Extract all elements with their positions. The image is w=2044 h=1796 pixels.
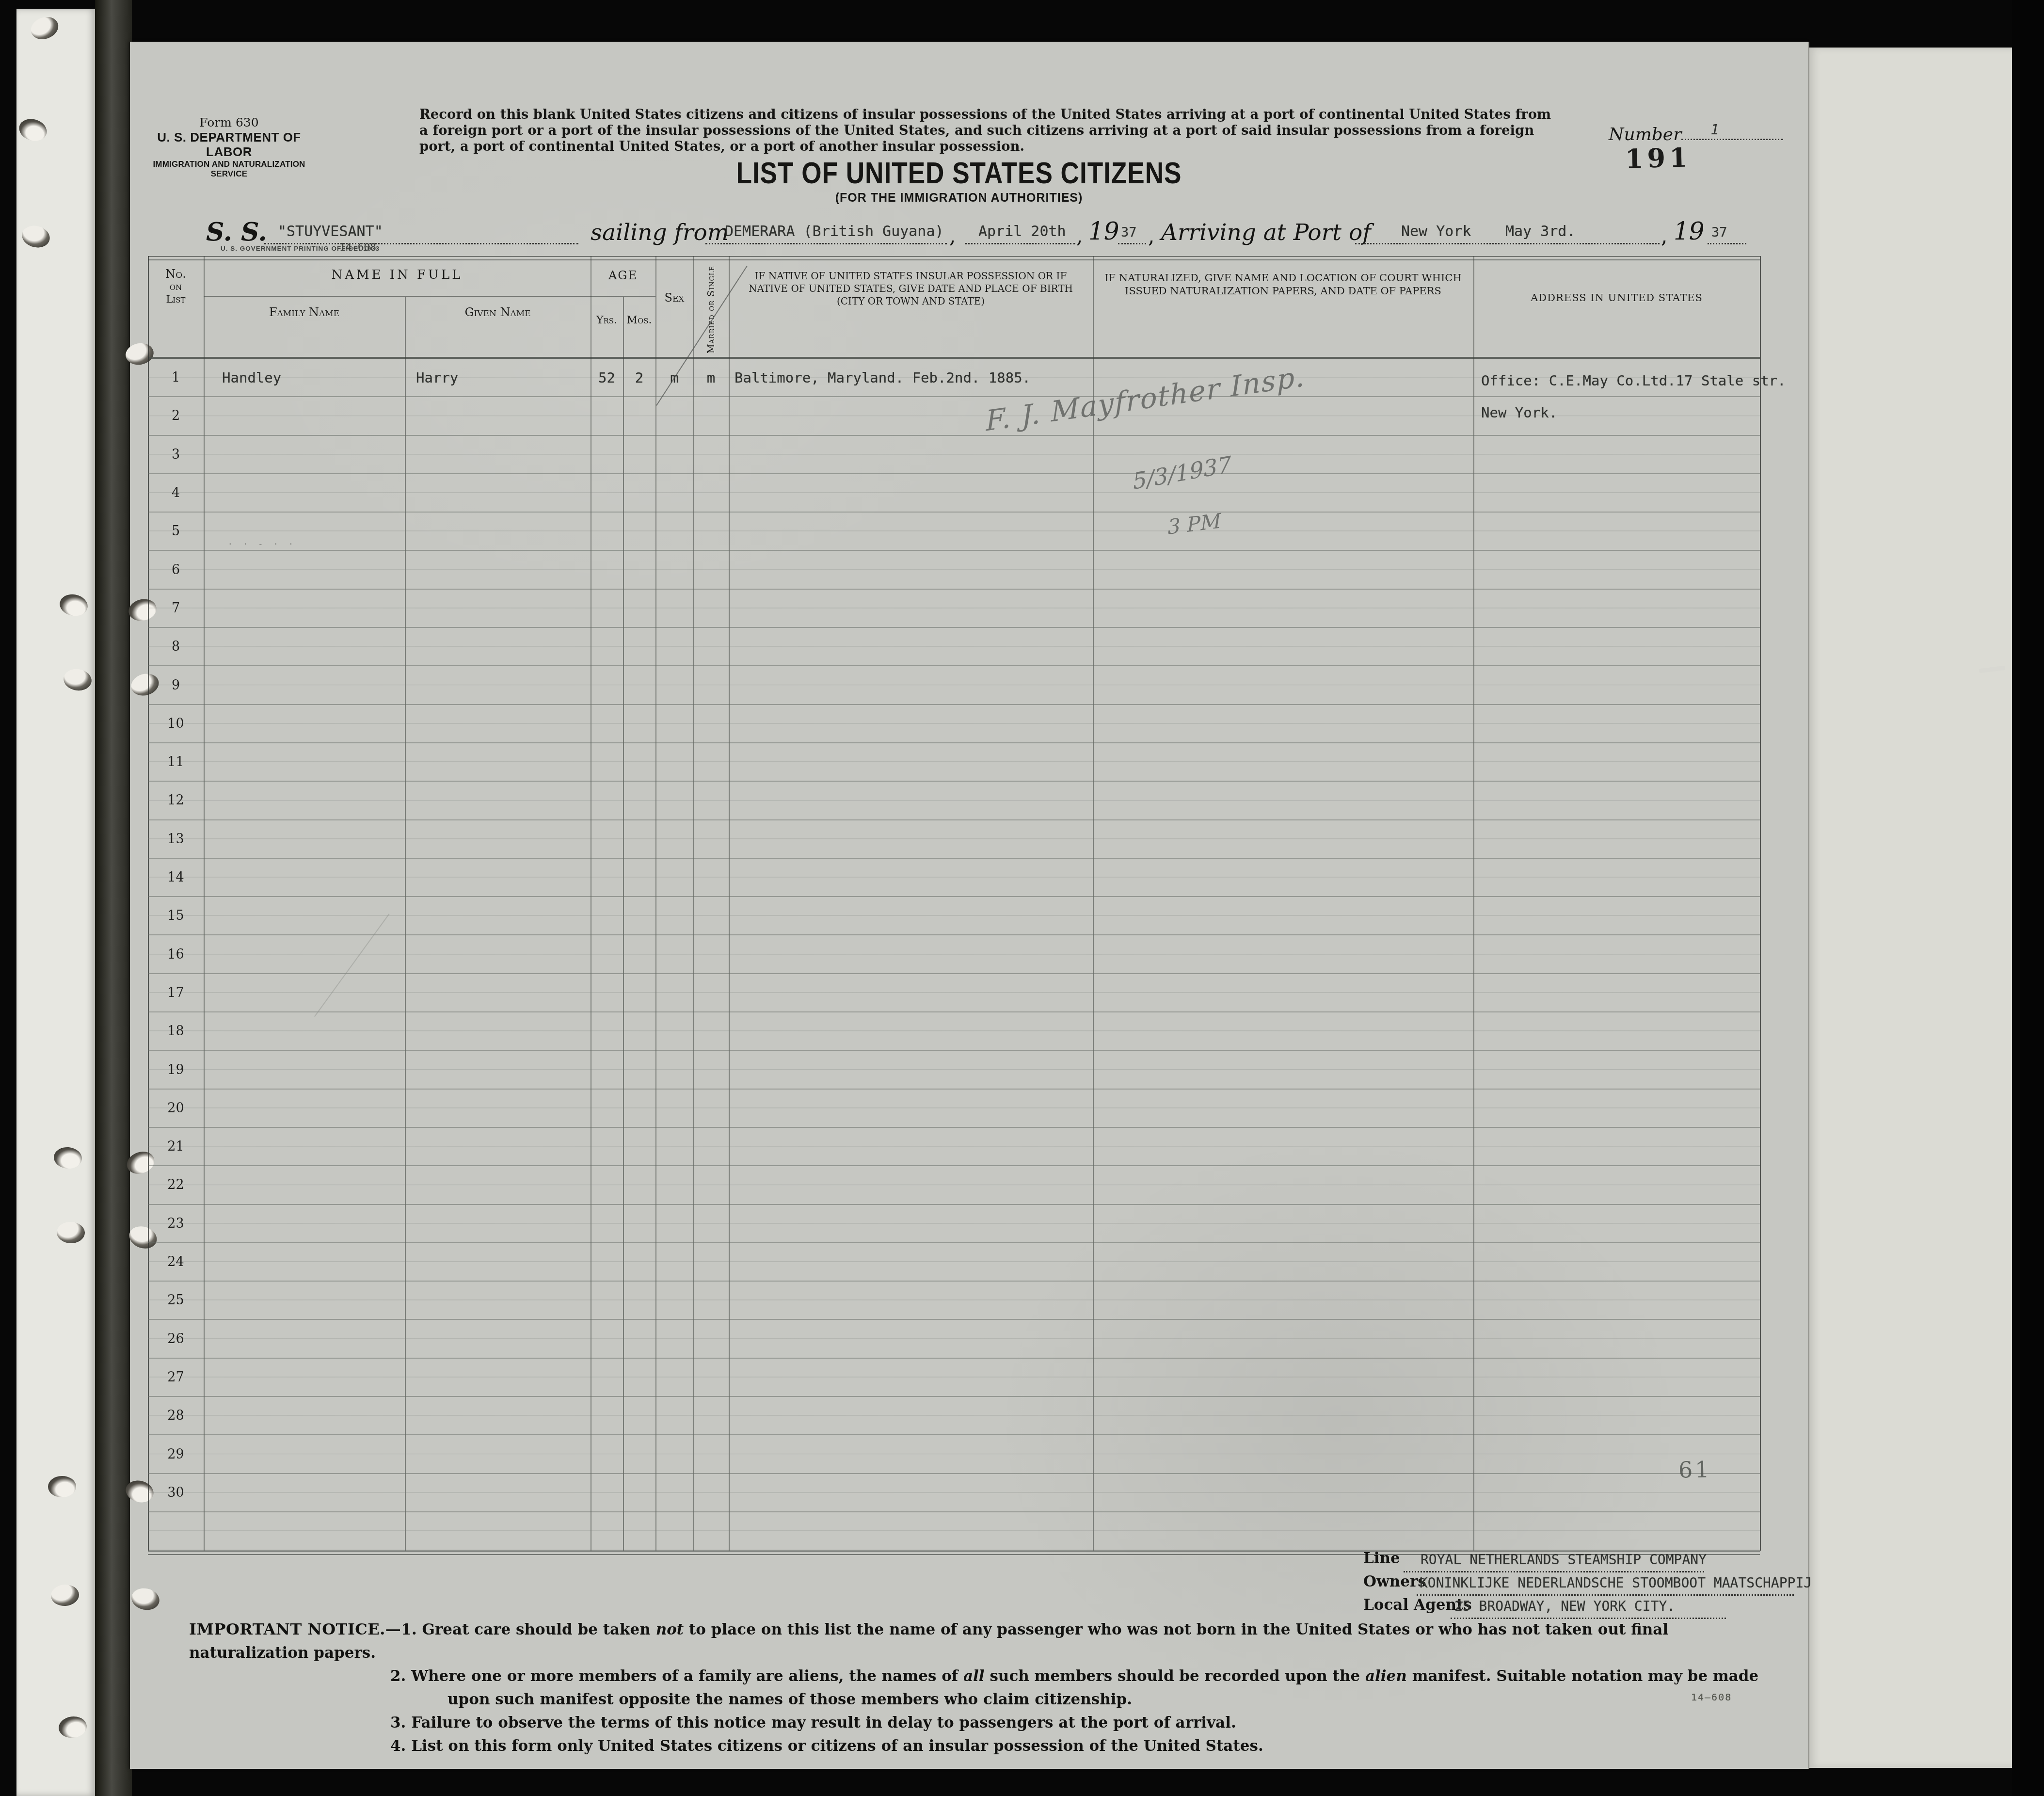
cell-married (693, 936, 729, 973)
cell-birth (735, 1282, 1093, 1319)
cell-no: 12 (148, 782, 204, 819)
number-fill: 1 (1681, 119, 1783, 140)
row-number: 12 (167, 793, 184, 808)
cell-given (416, 1359, 591, 1396)
cell-married (693, 590, 729, 627)
cell-mos (623, 1435, 655, 1473)
faint-marks: · · - · · (228, 539, 296, 548)
cell-given (416, 936, 591, 973)
cell-natural (1099, 782, 1473, 819)
cell-mos (623, 1512, 655, 1550)
cell-no: 8 (148, 628, 204, 665)
cell-family (222, 1243, 405, 1281)
row-number: 28 (167, 1408, 184, 1423)
cell-no: 3 (148, 436, 204, 473)
cell-no (148, 1512, 204, 1550)
cell-given (416, 1474, 591, 1511)
agency-block: Form 630 U. S. DEPARTMENT OF LABOR IMMIG… (145, 115, 313, 179)
line-value: ROYAL NETHERLANDS STEAMSHIP COMPANY (1421, 1552, 1707, 1568)
cell-given (416, 1320, 591, 1358)
cell-sex (655, 820, 693, 858)
cell-no: 1 (148, 359, 204, 396)
form-number: Form 630 (145, 115, 313, 130)
cell-married (693, 397, 729, 434)
cell-birth (735, 859, 1093, 896)
cell-family (222, 1166, 405, 1203)
cell-address (1481, 974, 1760, 1011)
cell-address (1481, 1051, 1760, 1088)
table-row (148, 1512, 1760, 1551)
row-number: 17 (167, 985, 184, 1000)
cell-natural (1099, 897, 1473, 934)
cell-sex (655, 551, 693, 589)
cell-birth (735, 1359, 1093, 1396)
page-number-stamp: 191 (1625, 142, 1692, 175)
cell-yrs (591, 936, 623, 973)
row-number: 26 (167, 1331, 184, 1347)
cell-no: 15 (148, 897, 204, 934)
row-number: 11 (167, 754, 184, 770)
cell-married (693, 1243, 729, 1281)
cell-no: 10 (148, 705, 204, 742)
row-number: 4 (172, 485, 180, 500)
left-paper-edge (16, 9, 95, 1796)
cell-yrs (591, 628, 623, 665)
cell-natural (1099, 820, 1473, 858)
cell-natural (1099, 1320, 1473, 1358)
cell-married: m (693, 359, 729, 396)
page-subtitle: (FOR THE IMMIGRATION AUTHORITIES) (571, 191, 1347, 205)
cell-given (416, 628, 591, 665)
cell-yrs (591, 1051, 623, 1088)
cell-married (693, 1512, 729, 1550)
cell-sex (655, 436, 693, 473)
owners-value: KONINKLIJKE NEDERLANDSCHE STOOMBOOT MAAT… (1420, 1575, 1812, 1591)
cell-yrs (591, 1282, 623, 1319)
cell-sex (655, 974, 693, 1011)
cell-mos (623, 628, 655, 665)
cell-yrs (591, 397, 623, 434)
cell-mos (623, 1012, 655, 1050)
row-number: 15 (167, 908, 184, 923)
cell-no: 28 (148, 1397, 204, 1434)
col-head-given: Given Name (405, 305, 591, 319)
table-row: 24 (148, 1243, 1760, 1282)
plate-code: 14—608 (1691, 1691, 1732, 1703)
table-row: 8 (148, 628, 1760, 666)
table-row: 19 (148, 1051, 1760, 1089)
right-paper-edge (1809, 48, 2015, 1768)
table-row: 30 (148, 1474, 1760, 1512)
cell-yrs (591, 1512, 623, 1550)
row-number: 3 (172, 447, 180, 462)
cell-yrs (591, 1205, 623, 1242)
cell-birth (735, 513, 1093, 550)
cell-married (693, 974, 729, 1011)
cell-birth (735, 1128, 1093, 1165)
cell-given (416, 1128, 591, 1165)
cell-birth (735, 1243, 1093, 1281)
table-row: 27 (148, 1359, 1760, 1397)
important-notice: IMPORTANT NOTICE.—1. Great care should b… (189, 1618, 1770, 1758)
row-number: 6 (172, 562, 180, 577)
table-row: 25 (148, 1282, 1760, 1320)
row-number: 8 (172, 639, 180, 654)
cell-given (416, 1243, 591, 1281)
row-number: 1 (172, 370, 180, 385)
cell-birth (735, 1320, 1093, 1358)
row-number: 5 (172, 524, 180, 539)
cell-married (693, 820, 729, 858)
table-row: 28 (148, 1397, 1760, 1435)
cell-married (693, 1090, 729, 1127)
cell-family (222, 1359, 405, 1396)
cell-birth (735, 1435, 1093, 1473)
row-number: 29 (167, 1447, 184, 1462)
scanned-manifest-page: Form 630 U. S. DEPARTMENT OF LABOR IMMIG… (0, 0, 2044, 1796)
notice-item-4: 4. List on this form only United States … (390, 1734, 1770, 1758)
cell-natural (1099, 1435, 1473, 1473)
cell-address (1481, 1166, 1760, 1203)
cell-given (416, 666, 591, 704)
cell-birth (735, 897, 1093, 934)
cell-no: 14 (148, 859, 204, 896)
cell-no: 25 (148, 1282, 204, 1319)
row-number: 27 (167, 1370, 184, 1385)
cell-yrs (591, 551, 623, 589)
cell-mos (623, 859, 655, 896)
cell-mos (623, 705, 655, 742)
cell-natural (1099, 705, 1473, 742)
cell-yrs (591, 743, 623, 781)
cell-address (1481, 666, 1760, 704)
cell-family (222, 397, 405, 434)
cell-address (1481, 1090, 1760, 1127)
cell-address (1481, 474, 1760, 512)
arriving-label: Arriving at Port of (1161, 219, 1371, 246)
year-prefix-2: 19 (1674, 217, 1705, 245)
cell-given (416, 1090, 591, 1127)
cell-mos (623, 590, 655, 627)
cell-given (416, 820, 591, 858)
cell-sex (655, 590, 693, 627)
cell-yrs (591, 820, 623, 858)
cell-natural (1099, 1090, 1473, 1127)
comma-2: , (1076, 224, 1083, 248)
sail-year-blank: 37 (1118, 221, 1146, 244)
cell-birth (735, 1012, 1093, 1050)
cell-yrs (591, 474, 623, 512)
cell-married (693, 1397, 729, 1434)
col-head-mos: Mos. (623, 314, 655, 326)
table-row: 7 (148, 590, 1760, 628)
cell-birth (735, 436, 1093, 473)
cell-address (1481, 1243, 1760, 1281)
cell-given (416, 1512, 591, 1550)
cell-birth (735, 1166, 1093, 1203)
cell-given (416, 551, 591, 589)
cell-natural (1099, 974, 1473, 1011)
cell-family (222, 1512, 405, 1550)
cell-family (222, 551, 405, 589)
comma-4: , (1661, 224, 1667, 248)
cell-birth (735, 936, 1093, 973)
table-row: 10 (148, 705, 1760, 743)
table-row: 22 (148, 1166, 1760, 1204)
cell-yrs: 52 (591, 359, 623, 396)
cell-married (693, 1435, 729, 1473)
cell-address (1481, 1012, 1760, 1050)
cell-sex (655, 1128, 693, 1165)
table-row: 23 (148, 1205, 1760, 1243)
col-head-family: Family Name (204, 305, 405, 319)
number-value: 1 (1710, 122, 1719, 138)
cell-sex (655, 1166, 693, 1203)
cell-birth (735, 628, 1093, 665)
cell-family (222, 1090, 405, 1127)
cell-married (693, 859, 729, 896)
cell-given (416, 782, 591, 819)
cell-natural (1099, 1243, 1473, 1281)
cell-mos (623, 743, 655, 781)
col-head-name-in-full: NAME IN FULL (204, 268, 591, 282)
cell-married (693, 474, 729, 512)
cell-sex (655, 859, 693, 896)
cell-mos (623, 551, 655, 589)
ss-label: S. S. (206, 217, 267, 247)
cell-family (222, 705, 405, 742)
cell-birth (735, 1474, 1093, 1511)
cell-address (1481, 743, 1760, 781)
cell-sex (655, 1435, 693, 1473)
arrive-blank: New York May 3rd. (1355, 221, 1660, 244)
cell-family (222, 1320, 405, 1358)
cell-family (222, 666, 405, 704)
cell-yrs (591, 1397, 623, 1434)
cell-no: 13 (148, 820, 204, 858)
cell-sex (655, 936, 693, 973)
cell-given (416, 397, 591, 434)
cell-no: 29 (148, 1435, 204, 1473)
page-title: LIST OF UNITED STATES CITIZENS (591, 155, 1327, 191)
cell-married (693, 897, 729, 934)
cell-address (1481, 1359, 1760, 1396)
cell-address (1481, 820, 1760, 858)
cell-given (416, 1012, 591, 1050)
cell-birth (735, 551, 1093, 589)
row-number: 18 (167, 1024, 184, 1039)
cell-married (693, 1166, 729, 1203)
cell-natural (1099, 1166, 1473, 1203)
cell-address (1481, 1435, 1760, 1473)
cell-mos (623, 1166, 655, 1203)
sail-date-blank: April 20th (965, 221, 1075, 244)
cell-natural (1099, 1512, 1473, 1550)
cell-natural (1099, 743, 1473, 781)
table-row: 6 (148, 551, 1760, 590)
cell-married (693, 782, 729, 819)
cell-sex (655, 1397, 693, 1434)
cell-mos (623, 513, 655, 550)
cell-family (222, 859, 405, 896)
cell-given (416, 1166, 591, 1203)
table-row: 1HandleyHarry522mmBaltimore, Maryland. F… (148, 359, 1760, 397)
table-row: 18 (148, 1012, 1760, 1051)
form-instructions: Record on this blank United States citiz… (419, 107, 1551, 155)
cell-birth (735, 1397, 1093, 1434)
cell-given (416, 705, 591, 742)
cell-yrs (591, 705, 623, 742)
owners-label: Owners (1363, 1573, 1426, 1590)
cell-given (416, 1435, 591, 1473)
notice-item-1: IMPORTANT NOTICE.—1. Great care should b… (189, 1618, 1770, 1665)
table-row: 2 (148, 397, 1760, 435)
cell-given (416, 474, 591, 512)
row-number: 20 (167, 1101, 184, 1116)
cell-married (693, 1205, 729, 1242)
cell-birth (735, 782, 1093, 819)
cell-yrs (591, 1166, 623, 1203)
cell-family (222, 628, 405, 665)
cell-mos: 2 (623, 359, 655, 396)
cell-no: 26 (148, 1320, 204, 1358)
cell-no: 21 (148, 1128, 204, 1165)
cell-address (1481, 859, 1760, 896)
comma-3: , (1148, 224, 1154, 248)
cell-no: 5 (148, 513, 204, 550)
cell-married (693, 743, 729, 781)
year-prefix-1: 19 (1088, 217, 1119, 245)
sheet-stamp-61: 61 (1678, 1456, 1712, 1483)
notice-item-2: 2. Where one or more members of a family… (390, 1665, 1770, 1711)
cell-no: 20 (148, 1090, 204, 1127)
sail-date: April 20th (978, 223, 1066, 240)
cell-mos (623, 1474, 655, 1511)
cell-family (222, 590, 405, 627)
table-row: 11 (148, 743, 1760, 782)
cell-no: 16 (148, 936, 204, 973)
cell-no: 6 (148, 551, 204, 589)
cell-given (416, 1282, 591, 1319)
cell-sex (655, 1090, 693, 1127)
cell-address (1481, 897, 1760, 934)
cell-birth (735, 1090, 1093, 1127)
arrive-year: 37 (1711, 225, 1727, 240)
cell-sex (655, 628, 693, 665)
cell-mos (623, 1051, 655, 1088)
cell-married (693, 551, 729, 589)
cell-mos (623, 782, 655, 819)
cell-family (222, 1397, 405, 1434)
cell-family (222, 1282, 405, 1319)
cell-birth (735, 666, 1093, 704)
table-row: 15 (148, 897, 1760, 935)
cell-natural (1099, 513, 1473, 550)
cell-address (1481, 782, 1760, 819)
cell-address: Office: C.E.May Co.Ltd.17 Stale str.New … (1481, 359, 1760, 396)
cell-no: 2 (148, 397, 204, 434)
table-row: 16 (148, 936, 1760, 974)
cell-mos (623, 1282, 655, 1319)
cell-married (693, 1359, 729, 1396)
cell-no: 9 (148, 666, 204, 704)
cell-family (222, 1205, 405, 1242)
cell-sex (655, 1205, 693, 1242)
cell-married (693, 705, 729, 742)
number-label: Number (1609, 125, 1681, 144)
col-head-age: AGE (591, 269, 655, 282)
ship-name-blank: "STUYVESANT" (264, 221, 578, 244)
cell-no: 23 (148, 1205, 204, 1242)
table-row: 20 (148, 1090, 1760, 1128)
cell-family (222, 1474, 405, 1511)
row-number: 23 (167, 1216, 184, 1231)
cell-family (222, 1435, 405, 1473)
row-number: 10 (167, 716, 184, 731)
cell-natural (1099, 628, 1473, 665)
cell-sex (655, 1012, 693, 1050)
cell-family (222, 1051, 405, 1088)
table-row: 12 (148, 782, 1760, 820)
cell-married (693, 436, 729, 473)
cell-family (222, 436, 405, 473)
cell-sex (655, 1320, 693, 1358)
cell-no: 11 (148, 743, 204, 781)
cell-family (222, 743, 405, 781)
cell-sex (655, 1474, 693, 1511)
cell-natural (1099, 1205, 1473, 1242)
cell-mos (623, 820, 655, 858)
arrive-year-blank: 37 (1708, 221, 1746, 244)
cell-address (1481, 397, 1760, 434)
cell-yrs (591, 1435, 623, 1473)
cell-sex (655, 474, 693, 512)
cell-address (1481, 551, 1760, 589)
cell-given (416, 897, 591, 934)
cell-family (222, 936, 405, 973)
cell-birth: Baltimore, Maryland. Feb.2nd. 1885. (735, 359, 1093, 396)
cell-sex (655, 666, 693, 704)
table-row: 17 (148, 974, 1760, 1012)
gov-print-code: 14—608 (339, 241, 376, 253)
cell-family: Handley (222, 359, 405, 396)
cell-birth (735, 1512, 1093, 1550)
cell-married (693, 1051, 729, 1088)
col-head-birth: IF NATIVE OF UNITED STATES INSULAR POSSE… (735, 270, 1087, 307)
cell-no: 18 (148, 1012, 204, 1050)
cell-yrs (591, 436, 623, 473)
cell-mos (623, 1128, 655, 1165)
cell-natural (1099, 1012, 1473, 1050)
cell-natural (1099, 666, 1473, 704)
cell-mos (623, 397, 655, 434)
cell-married (693, 1128, 729, 1165)
ship-name: "STUYVESANT" (278, 223, 383, 240)
cell-natural (1099, 1397, 1473, 1434)
from-port-blank: DEMERARA (British Guyana) (705, 221, 947, 244)
cell-married (693, 513, 729, 550)
table-row: 13 (148, 820, 1760, 859)
line-label: Line (1363, 1550, 1400, 1567)
cell-sex (655, 1051, 693, 1088)
cell-given: Harry (416, 359, 591, 396)
table-row: 29 (148, 1435, 1760, 1474)
cell-birth (735, 1051, 1093, 1088)
cell-no: 22 (148, 1166, 204, 1203)
cell-mos (623, 1205, 655, 1242)
cell-natural (1099, 1051, 1473, 1088)
cell-sex (655, 1243, 693, 1281)
